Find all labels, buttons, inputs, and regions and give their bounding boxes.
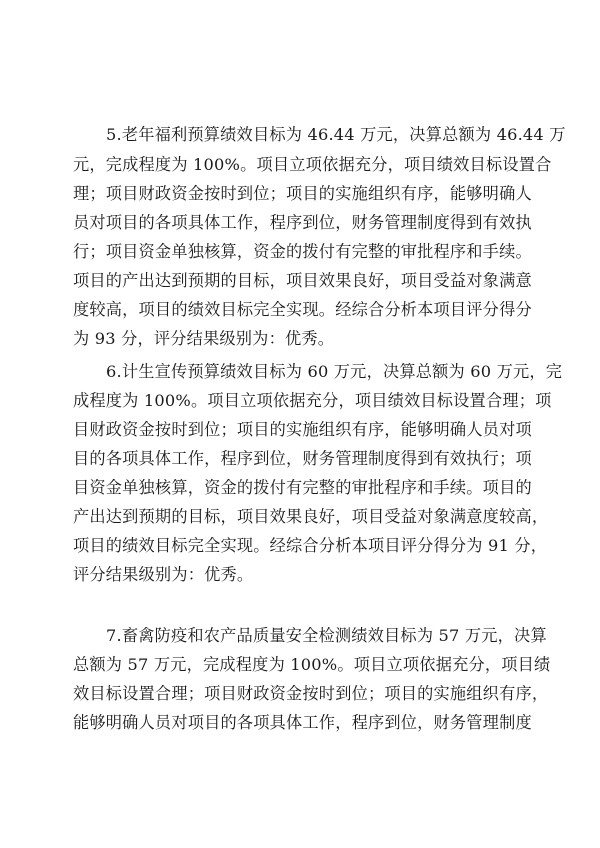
text-line: 理；项目财政资金按时到位；项目的实施组织有序，能够明确人 — [73, 184, 529, 204]
text-line: 度较高，项目的绩效目标完全实现。经综合分析本项目评分得分 — [73, 300, 529, 320]
text-line: 项目的绩效目标完全实现。经综合分析本项目评分得分为 91 分， — [73, 536, 529, 556]
text-line: 为 93 分，评分结果级别为：优秀。 — [73, 329, 529, 349]
text-line: 目资金单独核算，资金的拨付有完整的审批程序和手续。项目的 — [73, 478, 529, 498]
text-line: 行；项目资金单独核算，资金的拨付有完整的审批程序和手续。 — [73, 242, 529, 262]
text-line: 6.计生宣传预算绩效目标为 60 万元，决算总额为 60 万元，完 — [106, 362, 529, 382]
text-line: 项目的产出达到预期的目标，项目效果良好，项目受益对象满意 — [73, 271, 529, 291]
text-line: 目的各项具体工作，程序到位，财务管理制度得到有效执行；项 — [73, 449, 529, 469]
text-line: 总额为 57 万元，完成程度为 100%。项目立项依据充分，项目绩 — [73, 655, 529, 675]
text-line: 产出达到预期的目标，项目效果良好，项目受益对象满意度较高， — [73, 507, 529, 527]
text-line: 元，完成程度为 100%。项目立项依据充分，项目绩效目标设置合 — [73, 155, 529, 175]
text-line: 员对项目的各项具体工作，程序到位，财务管理制度得到有效执 — [73, 213, 529, 233]
document-page: 5.老年福利预算绩效目标为 46.44 万元，决算总额为 46.44 万 元，完… — [0, 0, 600, 848]
text-line: 效目标设置合理；项目财政资金按时到位；项目的实施组织有序， — [73, 684, 529, 704]
text-line: 能够明确人员对项目的各项具体工作，程序到位，财务管理制度 — [73, 713, 529, 733]
text-line: 评分结果级别为：优秀。 — [73, 565, 529, 585]
text-line: 5.老年福利预算绩效目标为 46.44 万元，决算总额为 46.44 万 — [106, 125, 529, 145]
text-line: 7.畜禽防疫和农产品质量安全检测绩效目标为 57 万元，决算 — [106, 626, 529, 646]
text-line: 成程度为 100%。项目立项依据充分，项目绩效目标设置合理；项 — [73, 391, 529, 411]
text-line: 目财政资金按时到位；项目的实施组织有序，能够明确人员对项 — [73, 420, 529, 440]
